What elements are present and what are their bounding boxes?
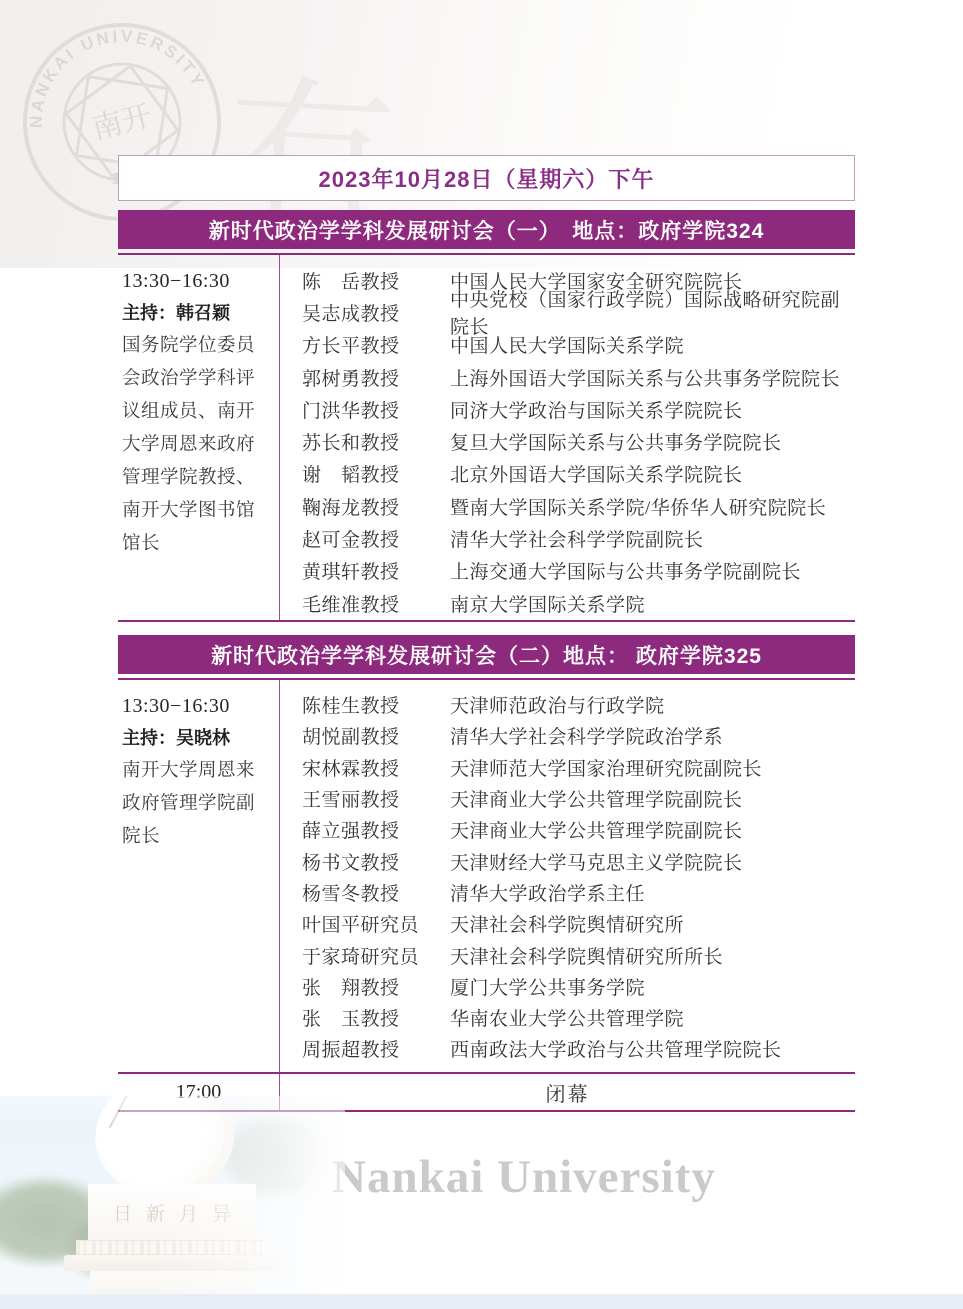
speaker-name: 张 玉教授 bbox=[302, 1004, 450, 1031]
speaker-name: 鞠海龙教授 bbox=[302, 493, 450, 520]
speaker-affiliation: 天津社会科学院舆情研究所 bbox=[450, 910, 684, 937]
speaker-affiliation: 清华大学社会科学学院政治学系 bbox=[450, 722, 723, 749]
session-1-host-desc: 国务院学位委员会政治学学科评议组成员、南开大学周恩来政府管理学院教授、南开大学图… bbox=[122, 330, 273, 561]
speaker-affiliation: 北京外国语大学国际关系学院院长 bbox=[450, 460, 743, 487]
speaker-row: 于家琦研究员 天津社会科学院舆情研究所所长 bbox=[302, 939, 855, 970]
speaker-name: 陈桂生教授 bbox=[302, 691, 450, 718]
session-1-time: 13:30−16:30 bbox=[122, 265, 273, 297]
speaker-affiliation: 复旦大学国际关系与公共事务学院院长 bbox=[450, 428, 782, 455]
speaker-row: 王雪丽教授 天津商业大学公共管理学院副院长 bbox=[302, 783, 855, 814]
speaker-name: 叶国平研究员 bbox=[302, 910, 450, 937]
speaker-name: 毛维准教授 bbox=[302, 590, 450, 617]
speaker-name: 薛立强教授 bbox=[302, 816, 450, 843]
speaker-affiliation: 上海交通大学国际与公共事务学院副院长 bbox=[450, 557, 801, 584]
speaker-row: 胡悦副教授 清华大学社会科学学院政治学系 bbox=[302, 720, 855, 751]
date-title-box: 2023年10月28日（星期六）下午 bbox=[118, 155, 855, 201]
speaker-row: 杨书文教授 天津财经大学马克思主义学院院长 bbox=[302, 845, 855, 876]
session-2-time: 13:30−16:30 bbox=[122, 690, 273, 722]
speaker-row: 毛维准教授 南京大学国际关系学院 bbox=[302, 587, 855, 619]
session-2-host-cell: 13:30−16:30 主持：吴晓林 南开大学周恩来政府管理学院副院长 bbox=[118, 680, 280, 1072]
speaker-name: 胡悦副教授 bbox=[302, 722, 450, 749]
speaker-name: 张 翔教授 bbox=[302, 973, 450, 1000]
speaker-row: 门洪华教授 同济大学政治与国际关系学院院长 bbox=[302, 393, 855, 425]
speaker-affiliation: 天津社会科学院舆情研究所所长 bbox=[450, 942, 723, 969]
speaker-name: 赵可金教授 bbox=[302, 525, 450, 552]
speaker-name: 门洪华教授 bbox=[302, 396, 450, 423]
speaker-affiliation: 厦门大学公共事务学院 bbox=[450, 973, 645, 1000]
speaker-row: 叶国平研究员 天津社会科学院舆情研究所 bbox=[302, 908, 855, 939]
speaker-row: 吴志成教授 中央党校（国家行政学院）国际战略研究院副院长 bbox=[302, 296, 855, 328]
speaker-affiliation: 上海外国语大学国际关系与公共事务学院院长 bbox=[450, 364, 840, 391]
speaker-name: 谢 韬教授 bbox=[302, 460, 450, 487]
speaker-affiliation: 暨南大学国际关系学院/华侨华人研究院院长 bbox=[450, 493, 826, 520]
speaker-name: 于家琦研究员 bbox=[302, 942, 450, 969]
footer-brand-text: Nankai University bbox=[332, 1150, 862, 1204]
speaker-row: 鞠海龙教授 暨南大学国际关系学院/华侨华人研究院院长 bbox=[302, 490, 855, 522]
speaker-name: 宋林霖教授 bbox=[302, 754, 450, 781]
speaker-row: 赵可金教授 清华大学社会科学学院副院长 bbox=[302, 522, 855, 554]
session-1-table: 13:30−16:30 主持：韩召颖 国务院学位委员会政治学学科评议组成员、南开… bbox=[118, 253, 855, 622]
speaker-affiliation: 同济大学政治与国际关系学院院长 bbox=[450, 396, 743, 423]
speaker-row: 陈桂生教授 天津师范政治与行政学院 bbox=[302, 689, 855, 720]
bottom-strip bbox=[0, 1294, 963, 1309]
speaker-row: 谢 韬教授 北京外国语大学国际关系学院院长 bbox=[302, 458, 855, 490]
speaker-row: 苏长和教授 复旦大学国际关系与公共事务学院院长 bbox=[302, 425, 855, 457]
speaker-affiliation: 天津财经大学马克思主义学院院长 bbox=[450, 848, 743, 875]
speaker-name: 黄琪轩教授 bbox=[302, 557, 450, 584]
speaker-row: 薛立强教授 天津商业大学公共管理学院副院长 bbox=[302, 814, 855, 845]
session-2-banner: 新时代政治学学科发展研讨会（二）地点： 政府学院325 bbox=[118, 635, 855, 674]
speaker-affiliation: 天津商业大学公共管理学院副院长 bbox=[450, 785, 743, 812]
speaker-row: 宋林霖教授 天津师范大学国家治理研究院副院长 bbox=[302, 752, 855, 783]
speaker-name: 陈 岳教授 bbox=[302, 267, 450, 294]
speaker-affiliation: 中国人民大学国际关系学院 bbox=[450, 331, 684, 358]
conference-program-page: NANKAI UNIVERSITY 1919 南开 有 2023年10月28日（… bbox=[0, 0, 963, 1309]
speaker-affiliation: 华南农业大学公共管理学院 bbox=[450, 1004, 684, 1031]
speaker-affiliation: 清华大学政治学系主任 bbox=[450, 879, 645, 906]
speaker-row: 张 翔教授 厦门大学公共事务学院 bbox=[302, 971, 855, 1002]
date-title: 2023年10月28日（星期六）下午 bbox=[319, 163, 655, 194]
speaker-row: 张 玉教授 华南农业大学公共管理学院 bbox=[302, 1002, 855, 1033]
speaker-affiliation: 天津师范政治与行政学院 bbox=[450, 691, 665, 718]
speaker-name: 王雪丽教授 bbox=[302, 785, 450, 812]
session-2-host: 主持：吴晓林 bbox=[122, 722, 273, 755]
monument-photo: 日新月异 bbox=[0, 1096, 345, 1309]
session-2-host-desc: 南开大学周恩来政府管理学院副院长 bbox=[122, 755, 273, 854]
session-2-speaker-list: 陈桂生教授 天津师范政治与行政学院 胡悦副教授 清华大学社会科学学院政治学系 宋… bbox=[280, 680, 855, 1072]
speaker-row: 郭树勇教授 上海外国语大学国际关系与公共事务学院院长 bbox=[302, 361, 855, 393]
speaker-row: 杨雪冬教授 清华大学政治学系主任 bbox=[302, 877, 855, 908]
seal-center-text: 南开 bbox=[89, 99, 155, 146]
speaker-name: 郭树勇教授 bbox=[302, 364, 450, 391]
session-1-speaker-list: 陈 岳教授 中国人民大学国家安全研究院院长 吴志成教授 中央党校（国家行政学院）… bbox=[280, 255, 855, 620]
speaker-affiliation: 天津师范大学国家治理研究院副院长 bbox=[450, 754, 762, 781]
speaker-name: 周振超教授 bbox=[302, 1035, 450, 1062]
photo-fade-overlay bbox=[0, 1096, 345, 1309]
session-1-host: 主持：韩召颖 bbox=[122, 297, 273, 330]
speaker-name: 方长平教授 bbox=[302, 331, 450, 358]
session-1-host-cell: 13:30−16:30 主持：韩召颖 国务院学位委员会政治学学科评议组成员、南开… bbox=[118, 255, 280, 620]
speaker-affiliation: 天津商业大学公共管理学院副院长 bbox=[450, 816, 743, 843]
speaker-name: 杨书文教授 bbox=[302, 848, 450, 875]
speaker-name: 吴志成教授 bbox=[302, 299, 450, 326]
closing-label: 闭幕 bbox=[280, 1074, 855, 1110]
speaker-name: 杨雪冬教授 bbox=[302, 879, 450, 906]
speaker-affiliation: 西南政法大学政治与公共管理学院院长 bbox=[450, 1035, 782, 1062]
speaker-affiliation: 南京大学国际关系学院 bbox=[450, 590, 645, 617]
speaker-name: 苏长和教授 bbox=[302, 428, 450, 455]
speaker-row: 黄琪轩教授 上海交通大学国际与公共事务学院副院长 bbox=[302, 555, 855, 587]
session-2-table: 13:30−16:30 主持：吴晓林 南开大学周恩来政府管理学院副院长 陈桂生教… bbox=[118, 678, 855, 1072]
speaker-affiliation: 清华大学社会科学学院副院长 bbox=[450, 525, 704, 552]
speaker-row: 周振超教授 西南政法大学政治与公共管理学院院长 bbox=[302, 1033, 855, 1064]
session-1-banner: 新时代政治学学科发展研讨会（一） 地点：政府学院324 bbox=[118, 210, 855, 249]
